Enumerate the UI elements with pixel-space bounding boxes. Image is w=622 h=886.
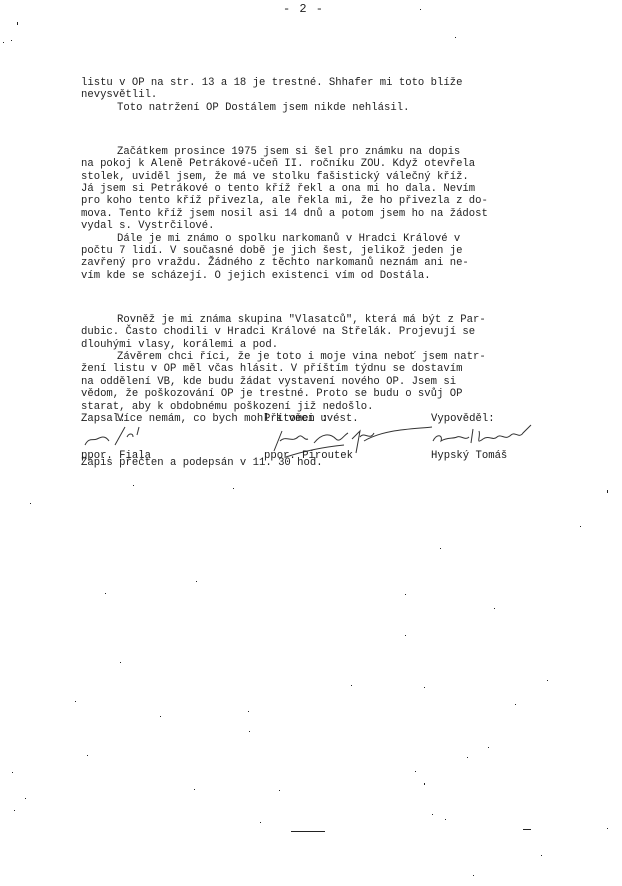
text-line: vydal s. Vystrčilové. [81, 220, 551, 232]
paragraph: Rovněž je mi známa skupina "Vlasatců", k… [81, 314, 551, 426]
scan-speck [607, 828, 608, 829]
scan-speck [249, 731, 250, 732]
document-page: - 2 - listu v OP na str. 13 a 18 je tres… [0, 0, 622, 886]
scan-speck [105, 593, 106, 594]
text-line: starat, aby k obdobnému poškození již ne… [81, 401, 551, 413]
scan-speck [196, 581, 197, 582]
text-line: dubic. Často chodili v Hradci Králové na… [81, 326, 551, 338]
scan-speck [494, 608, 495, 609]
scan-speck [351, 685, 352, 686]
text-line: na oddělení VB, kde budu žádat vystavení… [81, 376, 551, 388]
text-line: vědom, že poškozování OP je trestné. Pro… [81, 388, 551, 400]
text-line: listu v OP na str. 13 a 18 je trestné. S… [81, 77, 551, 89]
scan-speck [279, 790, 280, 791]
scan-speck [194, 789, 195, 790]
text-line: dlouhými vlasy, korálemi a pod. [81, 339, 551, 351]
scan-speck [515, 704, 516, 705]
text-line: nevysvětlil. [81, 89, 551, 101]
scan-speck [547, 680, 548, 681]
scan-speck [14, 810, 15, 811]
text-line: pro koho tento kříž přivezla, ale řekla … [81, 195, 551, 207]
scan-speck [405, 594, 406, 595]
signature-recorder: Zapsal: ppor. Fiala [81, 413, 126, 425]
scan-speck [260, 822, 261, 823]
signature-name: Hypský Tomáš [431, 450, 507, 462]
text-line: Závěrem chci říci, že je toto i moje vin… [81, 351, 551, 363]
scan-speck [541, 855, 542, 856]
scan-speck [133, 485, 134, 486]
scan-speck [523, 829, 531, 830]
text-line: Dále je mi známo o spolku narkomanů v Hr… [81, 233, 551, 245]
scan-speck [580, 526, 581, 527]
signature-name: ppor. Fiala [81, 450, 151, 462]
scan-speck [233, 488, 234, 489]
signature-testifier: Vypověděl: Hypský Tomáš [431, 413, 495, 425]
text-line: mova. Tento kříž jsem nosil asi 14 dnů a… [81, 208, 551, 220]
text-line: Začátkem prosince 1975 jsem si šel pro z… [81, 146, 551, 158]
scan-speck [424, 783, 425, 785]
scan-speck [75, 701, 76, 702]
scan-speck [455, 37, 456, 38]
scan-speck [405, 635, 406, 636]
scan-speck [445, 819, 446, 820]
text-line: Já jsem si Petrákové o tento kříž řekl a… [81, 183, 551, 195]
signature-present: Přítomen : ppor. Piroutek [264, 413, 328, 425]
scan-speck [473, 875, 474, 876]
text-line: počtu 7 lidí. V současné době je jich še… [81, 245, 551, 257]
signature-section: Zapsal: ppor. Fiala Přítomen : ppor. Pir… [81, 413, 561, 473]
signature-name: ppor. Piroutek [264, 450, 353, 462]
text-line: Rovněž je mi známa skupina "Vlasatců", k… [81, 314, 551, 326]
paragraph: listu v OP na str. 13 a 18 je trestné. S… [81, 77, 551, 114]
scan-speck [11, 40, 12, 41]
handwritten-signature-icon [431, 423, 541, 453]
scan-speck [120, 662, 121, 663]
scan-speck [432, 814, 433, 815]
text-line: Toto natržení OP Dostálem jsem nikde neh… [81, 102, 551, 114]
page-number: - 2 - [283, 2, 324, 16]
scan-speck [160, 716, 161, 717]
scan-speck [25, 798, 26, 799]
scan-speck [415, 771, 416, 772]
scan-speck [440, 548, 441, 549]
scan-speck [3, 42, 4, 43]
scan-speck [467, 757, 468, 758]
scan-speck [30, 503, 31, 504]
scan-speck [607, 490, 608, 493]
paragraph: Začátkem prosince 1975 jsem si šel pro z… [81, 146, 551, 282]
scan-speck [17, 22, 18, 25]
text-line: zavřený pro vraždu. Žádného z těchto nar… [81, 257, 551, 269]
scan-speck [488, 747, 489, 748]
text-line: na pokoj k Aleně Petrákové-učeň II. ročn… [81, 158, 551, 170]
scan-speck [424, 687, 425, 688]
scan-speck [248, 711, 249, 712]
text-line: stolek, uviděl jsem, že má ve stolku faš… [81, 171, 551, 183]
handwritten-signature-icon [81, 423, 161, 453]
text-line: žení listu v OP měl včas hlásit. V příšt… [81, 363, 551, 375]
scan-speck [420, 9, 421, 10]
scan-speck [12, 772, 13, 773]
text-line: vím kde se scházejí. O jejich existenci … [81, 270, 551, 282]
scan-speck [291, 831, 325, 832]
scan-speck [87, 755, 88, 756]
